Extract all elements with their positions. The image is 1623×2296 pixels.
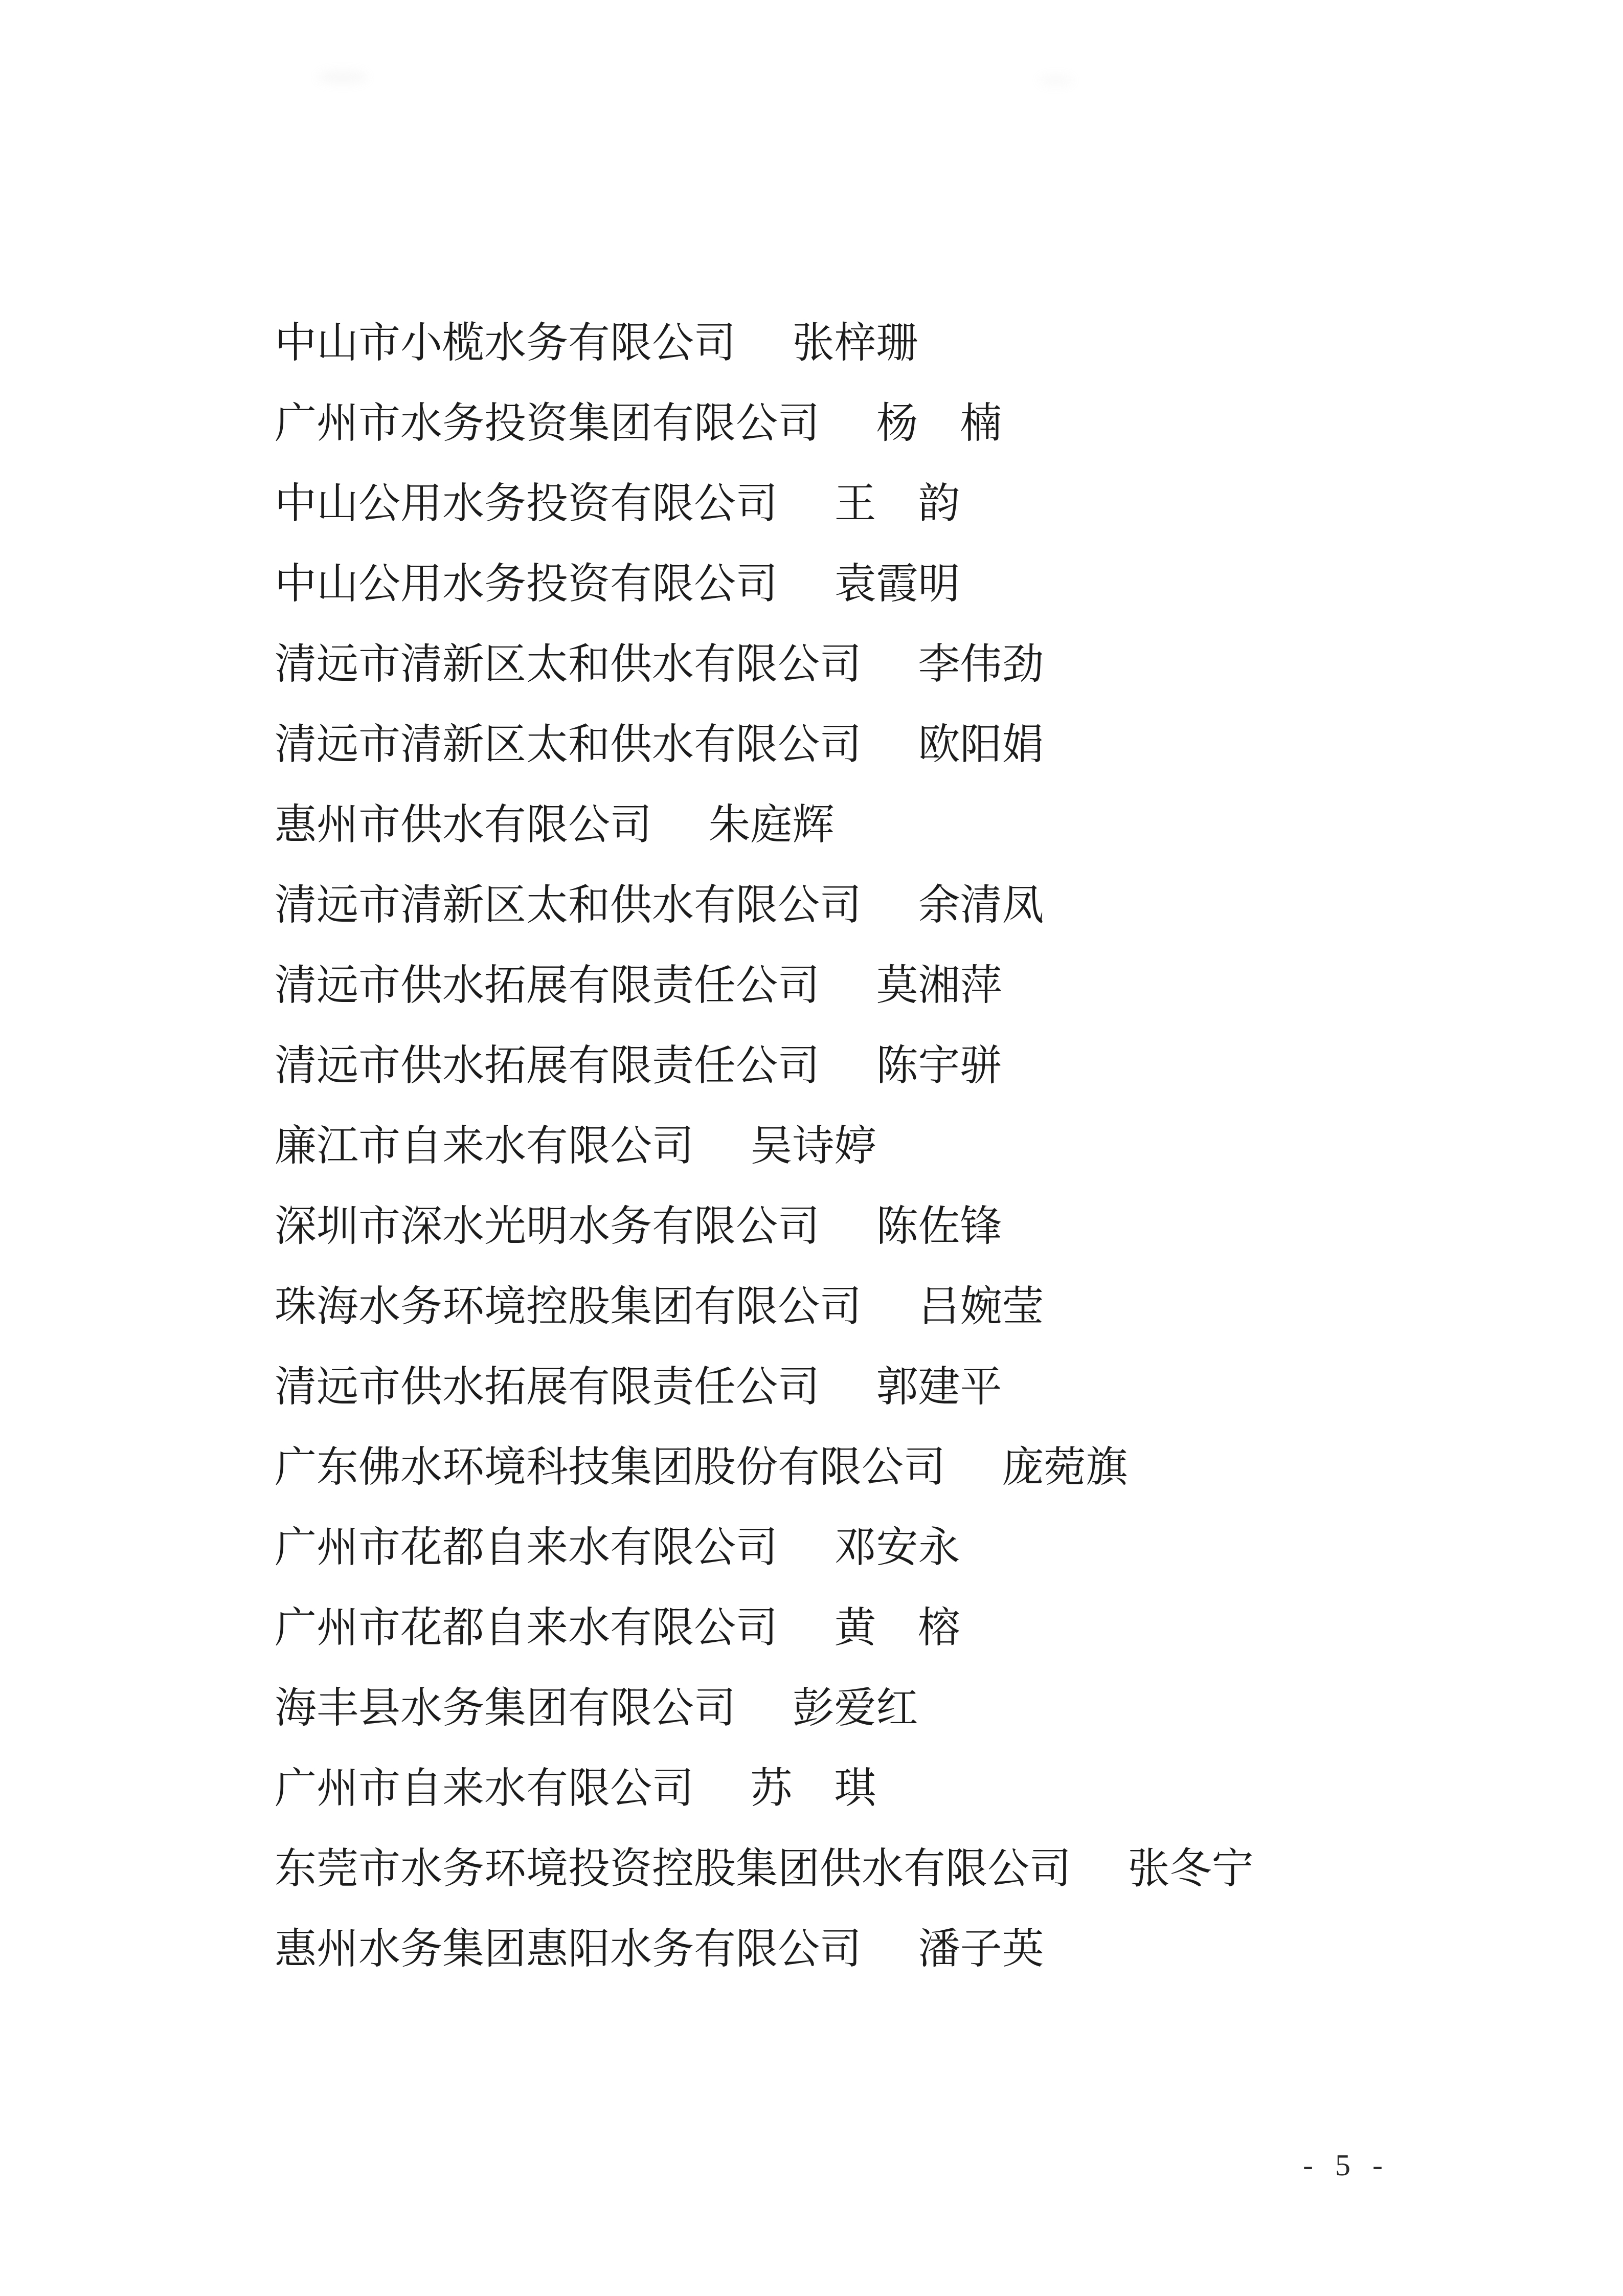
person-name: 陈佐锋 [876, 1186, 1002, 1266]
company-name: 广州市花都自来水有限公司 [275, 1588, 778, 1668]
company-name: 清远市清新区太和供水有限公司 [275, 865, 862, 945]
company-name: 中山市小榄水务有限公司 [275, 303, 736, 383]
roster-row: 中山市小榄水务有限公司 张梓珊 [275, 303, 1254, 383]
person-name: 潘子英 [918, 1909, 1044, 1989]
person-name: 陈宇骈 [876, 1026, 1002, 1106]
roster-list: 中山市小榄水务有限公司 张梓珊 广州市水务投资集团有限公司 杨 楠 中山公用水务… [275, 303, 1254, 1989]
roster-row: 惠州市供水有限公司 朱庭辉 [275, 785, 1254, 865]
company-name: 广东佛水环境科技集团股份有限公司 [275, 1427, 945, 1507]
person-name: 余清凤 [918, 865, 1044, 945]
roster-row: 珠海水务环境控股集团有限公司 吕婉莹 [275, 1266, 1254, 1347]
person-name: 朱庭辉 [709, 785, 835, 865]
person-name: 吕婉莹 [918, 1266, 1044, 1347]
person-name: 张冬宁 [1128, 1829, 1254, 1909]
company-name: 广州市花都自来水有限公司 [275, 1507, 778, 1588]
person-name: 吴诗婷 [751, 1106, 876, 1186]
roster-row: 中山公用水务投资有限公司 袁霞明 [275, 544, 1254, 624]
roster-row: 深圳市深水光明水务有限公司 陈佐锋 [275, 1186, 1254, 1266]
person-name: 庞菀旗 [1002, 1427, 1128, 1507]
person-name: 郭建平 [876, 1347, 1002, 1427]
roster-row: 清远市供水拓展有限责任公司 郭建平 [275, 1347, 1254, 1427]
person-name: 张梓珊 [793, 303, 918, 383]
company-name: 清远市供水拓展有限责任公司 [275, 1347, 820, 1427]
person-name: 欧阳娟 [918, 704, 1044, 785]
person-name: 杨 楠 [876, 383, 1002, 463]
roster-row: 东莞市水务环境投资控股集团供水有限公司 张冬宁 [275, 1829, 1254, 1909]
roster-row: 海丰县水务集团有限公司 彭爱红 [275, 1668, 1254, 1748]
roster-row: 广州市水务投资集团有限公司 杨 楠 [275, 383, 1254, 463]
roster-row: 中山公用水务投资有限公司 王 韵 [275, 463, 1254, 544]
person-name: 彭爱红 [793, 1668, 918, 1748]
person-name: 苏 琪 [751, 1748, 876, 1829]
company-name: 惠州市供水有限公司 [275, 785, 652, 865]
roster-row: 广东佛水环境科技集团股份有限公司 庞菀旗 [275, 1427, 1254, 1507]
page-number: - 5 - [1303, 2145, 1390, 2186]
document-page: 中山市小榄水务有限公司 张梓珊 广州市水务投资集团有限公司 杨 楠 中山公用水务… [0, 0, 1623, 2296]
scan-smudge [317, 71, 368, 84]
company-name: 廉江市自来水有限公司 [275, 1106, 694, 1186]
person-name: 邓安永 [835, 1507, 960, 1588]
person-name: 袁霞明 [835, 544, 960, 624]
roster-row: 清远市供水拓展有限责任公司 莫湘萍 [275, 945, 1254, 1026]
roster-row: 清远市清新区太和供水有限公司 余清凤 [275, 865, 1254, 945]
company-name: 珠海水务环境控股集团有限公司 [275, 1266, 862, 1347]
roster-row: 清远市清新区太和供水有限公司 李伟劲 [275, 624, 1254, 704]
company-name: 东莞市水务环境投资控股集团供水有限公司 [275, 1829, 1071, 1909]
company-name: 中山公用水务投资有限公司 [275, 463, 778, 544]
company-name: 深圳市深水光明水务有限公司 [275, 1186, 820, 1266]
roster-row: 广州市花都自来水有限公司 黄 榕 [275, 1588, 1254, 1668]
roster-row: 廉江市自来水有限公司 吴诗婷 [275, 1106, 1254, 1186]
roster-row: 清远市供水拓展有限责任公司 陈宇骈 [275, 1026, 1254, 1106]
company-name: 广州市自来水有限公司 [275, 1748, 694, 1829]
company-name: 清远市清新区太和供水有限公司 [275, 704, 862, 785]
person-name: 王 韵 [835, 463, 960, 544]
company-name: 清远市供水拓展有限责任公司 [275, 1026, 820, 1106]
roster-row: 清远市清新区太和供水有限公司 欧阳娟 [275, 704, 1254, 785]
person-name: 李伟劲 [918, 624, 1044, 704]
company-name: 中山公用水务投资有限公司 [275, 544, 778, 624]
roster-row: 广州市花都自来水有限公司 邓安永 [275, 1507, 1254, 1588]
company-name: 广州市水务投资集团有限公司 [275, 383, 820, 463]
company-name: 清远市清新区太和供水有限公司 [275, 624, 862, 704]
roster-row: 广州市自来水有限公司 苏 琪 [275, 1748, 1254, 1829]
company-name: 惠州水务集团惠阳水务有限公司 [275, 1909, 862, 1989]
person-name: 黄 榕 [835, 1588, 960, 1668]
company-name: 海丰县水务集团有限公司 [275, 1668, 736, 1748]
company-name: 清远市供水拓展有限责任公司 [275, 945, 820, 1026]
scan-smudge [1038, 75, 1074, 86]
roster-row: 惠州水务集团惠阳水务有限公司 潘子英 [275, 1909, 1254, 1989]
person-name: 莫湘萍 [876, 945, 1002, 1026]
